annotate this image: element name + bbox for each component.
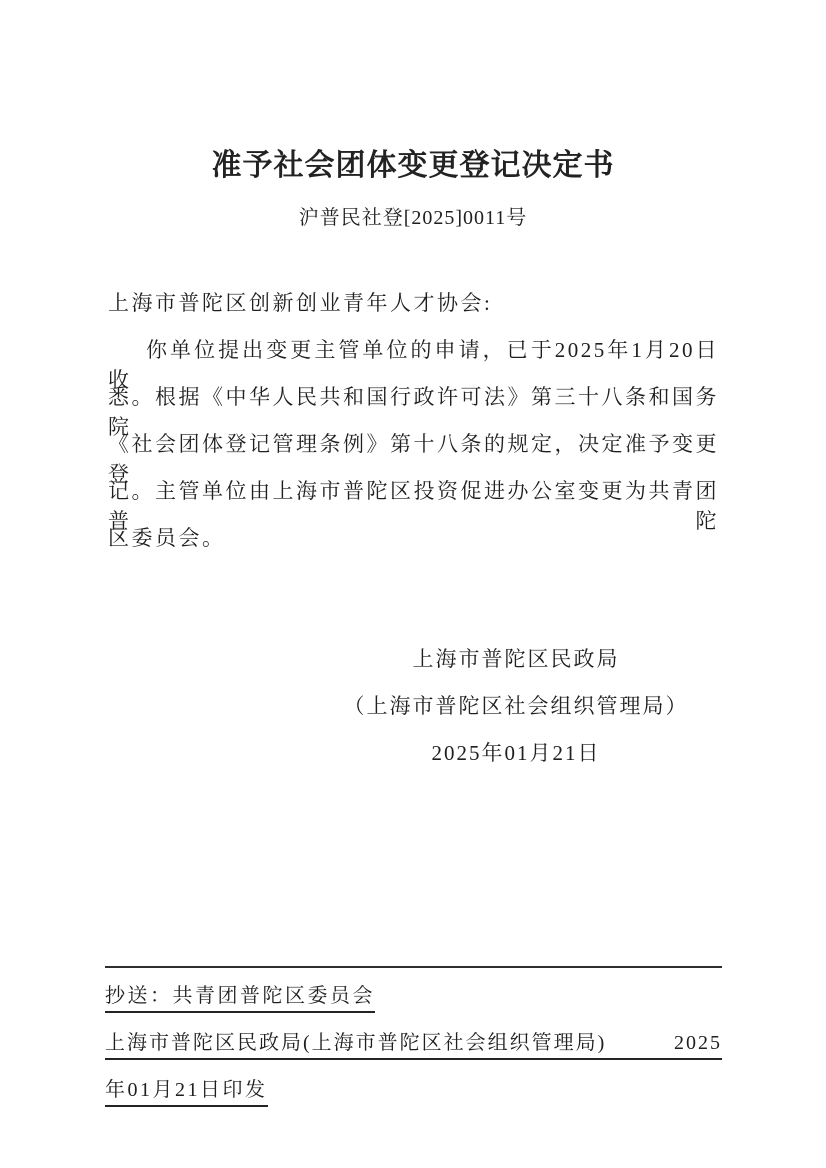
issue-org: 上海市普陀区民政局(上海市普陀区社会组织管理局) — [105, 1026, 606, 1055]
issue-line: 上海市普陀区民政局(上海市普陀区社会组织管理局) 2025 — [105, 1026, 722, 1060]
document-title: 准予社会团体变更登记决定书 — [0, 140, 826, 184]
salutation: 上海市普陀区创新创业青年人才协会: — [108, 288, 719, 335]
document-body: 上海市普陀区创新创业青年人才协会: 你单位提出变更主管单位的申请，已于2025年… — [108, 288, 719, 570]
signature-org-alt: （上海市普陀区社会组织管理局） — [301, 691, 731, 738]
cc-line: 抄送：共青团普陀区委员会 — [105, 979, 375, 1013]
body-line-4: 记。主管单位由上海市普陀区投资促进办公室变更为共青团普陀 — [108, 476, 719, 523]
signature-block: 上海市普陀区民政局 （上海市普陀区社会组织管理局） 2025年01月21日 — [301, 644, 731, 785]
issue-continuation-wrap: 年01月21日印发 — [105, 1073, 268, 1107]
body-line-3: 《社会团体登记管理条例》第十八条的规定，决定准予变更登 — [108, 429, 719, 476]
document-page: 准予社会团体变更登记决定书 沪普民社登[2025]0011号 上海市普陀区创新创… — [0, 0, 826, 1168]
issue-year: 2025 — [674, 1032, 722, 1055]
issue-continuation: 年01月21日印发 — [105, 1073, 268, 1107]
signature-date: 2025年01月21日 — [301, 738, 731, 785]
body-line-2: 悉。根据《中华人民共和国行政许可法》第三十八条和国务院 — [108, 382, 719, 429]
document-number: 沪普民社登[2025]0011号 — [0, 201, 826, 230]
footer: 抄送：共青团普陀区委员会 — [105, 979, 375, 1013]
footer-divider — [105, 966, 722, 968]
body-line-1: 你单位提出变更主管单位的申请，已于2025年1月20日收 — [108, 335, 719, 382]
signature-org: 上海市普陀区民政局 — [301, 644, 731, 691]
